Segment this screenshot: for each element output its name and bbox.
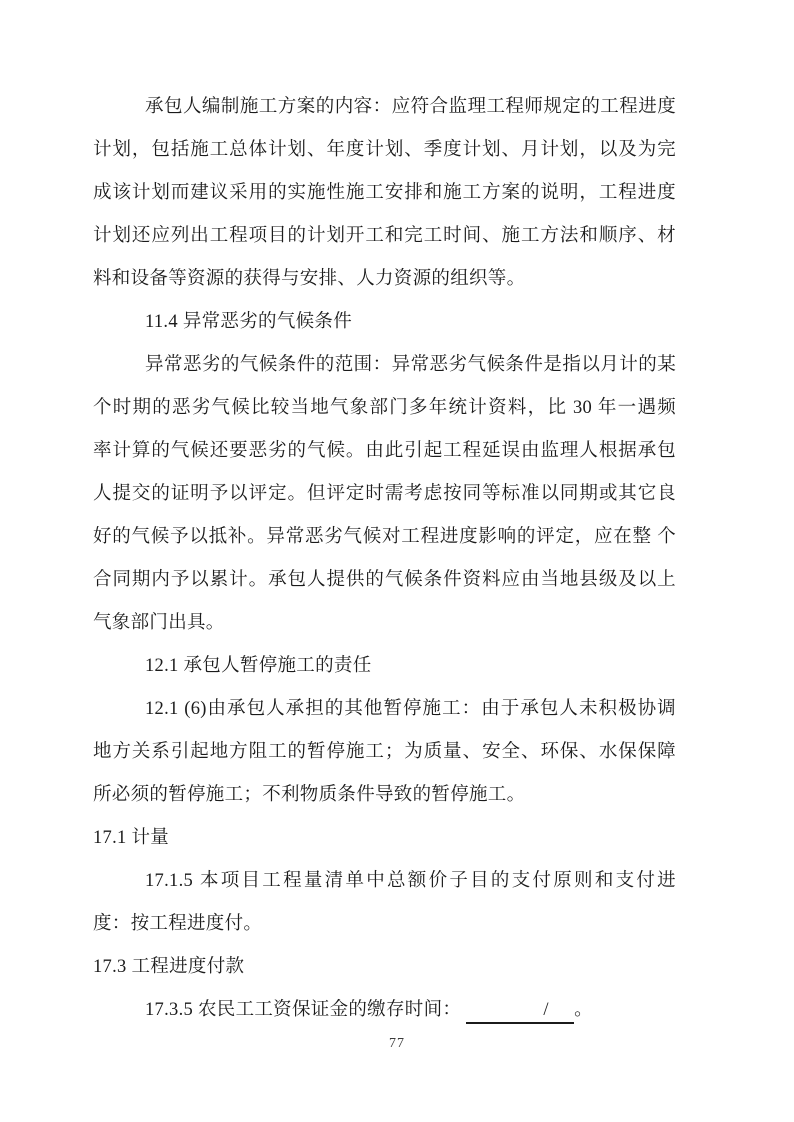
paragraph-line: 人提交的证明予以评定。但评定时需考虑按同等标准以同期或其它良	[93, 473, 676, 516]
section-heading-17-1: 17.1 计量	[93, 817, 676, 860]
clause-17-3-5-text: 17.3.5 农民工工资保证金的缴存时间：	[145, 1000, 461, 1020]
page-number: 77	[0, 1036, 794, 1052]
section-heading-11-4: 11.4 异常恶劣的气候条件	[93, 301, 676, 344]
document-page: 承包人编制施工方案的内容：应符合监理工程师规定的工程进度 计划，包括施工总体计划…	[0, 0, 794, 1122]
paragraph-line: 个时期的恶劣气候比较当地气象部门多年统计资料，比 30 年一遇频	[93, 387, 676, 430]
paragraph-line: 计划还应列出工程项目的计划开工和完工时间、施工方法和顺序、材	[93, 215, 676, 258]
section-heading-12-1: 12.1 承包人暂停施工的责任	[93, 645, 676, 688]
paragraph-line: 度：按工程进度付。	[93, 903, 676, 946]
paragraph-line: 率计算的气候还要恶劣的气候。由此引起工程延误由监理人根据承包	[93, 430, 676, 473]
page-body-text: 承包人编制施工方案的内容：应符合监理工程师规定的工程进度 计划，包括施工总体计划…	[93, 86, 676, 1032]
paragraph-line: 计划，包括施工总体计划、年度计划、季度计划、月计划，以及为完	[93, 129, 676, 172]
paragraph-line: 气象部门出具。	[93, 602, 676, 645]
paragraph-line: 成该计划而建议采用的实施性施工安排和施工方案的说明，工程进度	[93, 172, 676, 215]
paragraph-line: 12.1 (6)由承包人承担的其他暂停施工：由于承包人未积极协调	[93, 688, 676, 731]
fill-in-blank: /	[466, 998, 574, 1024]
paragraph-line: 料和设备等资源的获得与安排、人力资源的组织等。	[93, 258, 676, 301]
paragraph-line: 承包人编制施工方案的内容：应符合监理工程师规定的工程进度	[93, 86, 676, 129]
paragraph-line: 好的气候予以抵补。异常恶劣气候对工程进度影响的评定，应在整 个	[93, 516, 676, 559]
section-heading-17-3: 17.3 工程进度付款	[93, 946, 676, 989]
blank-slash: /	[543, 1000, 548, 1020]
clause-17-3-5-period: 。	[574, 1000, 593, 1020]
paragraph-line: 合同期内予以累计。承包人提供的气候条件资料应由当地县级及以上	[93, 559, 676, 602]
paragraph-line: 地方关系引起地方阻工的暂停施工；为质量、安全、环保、水保保障	[93, 731, 676, 774]
paragraph-line: 17.1.5 本项目工程量清单中总额价子目的支付原则和支付进	[93, 860, 676, 903]
clause-17-3-5-line: 17.3.5 农民工工资保证金的缴存时间： /。	[93, 989, 676, 1032]
paragraph-line: 所必须的暂停施工；不利物质条件导致的暂停施工。	[93, 774, 676, 817]
paragraph-line: 异常恶劣的气候条件的范围：异常恶劣气候条件是指以月计的某	[93, 344, 676, 387]
